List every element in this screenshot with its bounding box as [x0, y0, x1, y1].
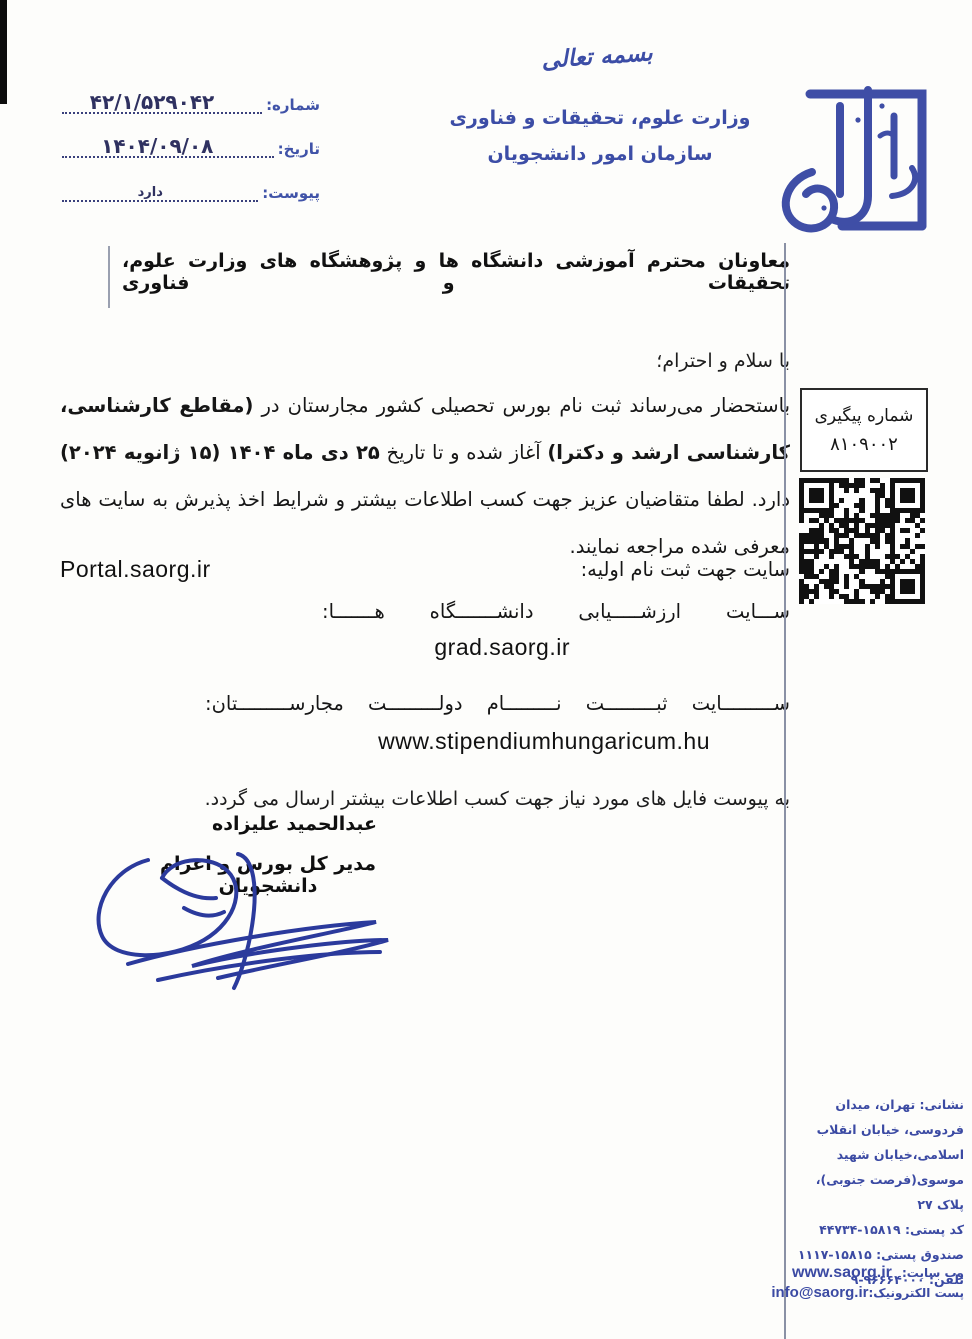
footer-website-row: وب سایت: www.saorg.ir: [792, 1264, 964, 1282]
tracking-number: ۸۱۰۹۰۰۲: [830, 434, 898, 455]
letter-number-value: ۴۲/۱/۵۲۹۰۴۲: [62, 90, 242, 114]
letter-meta: شماره: ۴۲/۱/۵۲۹۰۴۲ تاریخ: ۱۴۰۴/۰۹/۰۸ پیو…: [62, 84, 320, 216]
footer-email-row: پست الکترونیک: info@saorg.ir: [792, 1284, 964, 1301]
letter-number-row: شماره: ۴۲/۱/۵۲۹۰۴۲: [62, 84, 320, 114]
site-eval-url: grad.saorg.ir: [434, 634, 570, 661]
footer-address-block: نشانی: تهران، میدان فردوسی، خیابان انقلا…: [792, 1092, 964, 1292]
footer-address: نشانی: تهران، میدان فردوسی، خیابان انقلا…: [792, 1092, 964, 1217]
letter-attachment-row: پیوست: دارد: [62, 172, 320, 202]
para-line-3: دارد. لطفا متقاضیان عزیز جهت کسب اطلاعات…: [60, 476, 790, 523]
letter-attachment-value: دارد: [62, 185, 239, 200]
letterhead: وزارت علوم، تحقیقات و فناوری سازمان امور…: [405, 100, 795, 172]
site-hungary-url: www.stipendiumhungaricum.hu: [378, 728, 710, 755]
dotted-leader: ۱۴۰۴/۰۹/۰۸: [62, 130, 274, 158]
para-line-1: باستحضار می‌رساند ثبت نام بورس تحصیلی کش…: [60, 382, 790, 429]
letter-number-label: شماره:: [262, 96, 320, 114]
footer-website-value: www.saorg.ir: [792, 1264, 892, 1282]
dotted-leader: ۴۲/۱/۵۲۹۰۴۲: [62, 86, 262, 114]
footer-postal-code: کد پستی: ۱۵۸۱۹-۴۴۷۳۴: [792, 1217, 964, 1242]
attachment-note: به پیوست فایل های مورد نیاز جهت کسب اطلا…: [205, 788, 790, 810]
addressee-line: معاونان محترم آموزشی دانشگاه ها و پژوهشگ…: [122, 250, 790, 294]
signer-name: عبدالحمید علیزاده: [192, 813, 397, 835]
letter-date-label: تاریخ:: [274, 140, 320, 158]
letter-attachment-label: پیوست:: [258, 184, 320, 202]
table-border-artifact: [108, 246, 110, 308]
footer-website-label: وب سایت:: [902, 1266, 964, 1280]
signature-scribble: [88, 848, 413, 998]
scanned-letter-page: بسمه تعالی وزارت علوم، تحقیقات و فناوری …: [0, 0, 972, 1339]
footer-email-value: info@saorg.ir: [771, 1284, 868, 1301]
bismillah-text: بسمه تعالی: [511, 38, 682, 76]
salutation-text: با سلام و احترام؛: [656, 350, 790, 372]
scan-edge-artifact: [0, 0, 7, 104]
body-paragraph: باستحضار می‌رساند ثبت نام بورس تحصیلی کش…: [60, 382, 790, 570]
letter-date-row: تاریخ: ۱۴۰۴/۰۹/۰۸: [62, 128, 320, 158]
letter-date-value: ۱۴۰۴/۰۹/۰۸: [62, 134, 253, 158]
footer-email-label: پست الکترونیک:: [868, 1286, 964, 1300]
qr-code: [799, 478, 925, 604]
saorg-logo: [772, 76, 950, 238]
dotted-leader: دارد: [62, 174, 258, 202]
site-initial-row: سایت جهت ثبت نام اولیه: Portal.saorg.ir: [60, 556, 790, 583]
tracking-box: شماره پیگیری ۸۱۰۹۰۰۲: [800, 388, 928, 472]
tracking-label: شماره پیگیری: [815, 406, 914, 426]
para-line-2: کارشناسی ارشد و دکترا) آغاز شده و تا تار…: [60, 429, 790, 476]
site-hungary-label: ســـــــــایت ثبـــــــــت نـــــــــام …: [205, 692, 790, 715]
site-initial-label: سایت جهت ثبت نام اولیه:: [581, 558, 790, 581]
organization-name: سازمان امور دانشجویان: [405, 136, 795, 172]
ministry-name: وزارت علوم، تحقیقات و فناوری: [405, 100, 795, 136]
site-initial-url: Portal.saorg.ir: [60, 556, 211, 583]
footer-contact-block: وب سایت: www.saorg.ir پست الکترونیک: inf…: [792, 1264, 964, 1303]
site-eval-label: ســـایت ارزشـــــیابی دانشـــــــگاه هــ…: [322, 600, 790, 623]
margin-divider-line: [784, 243, 786, 1339]
